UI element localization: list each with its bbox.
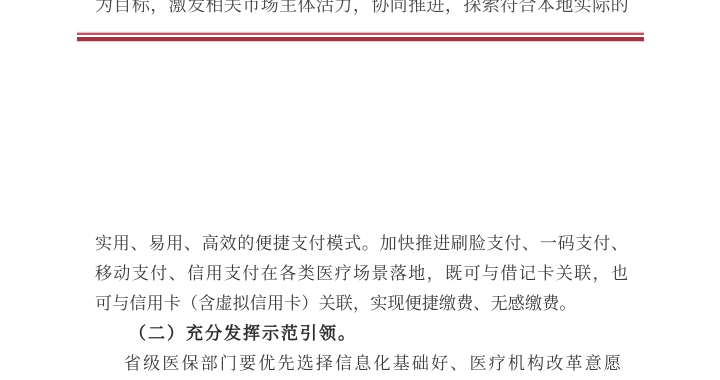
document-page: 为目标，激发相关市场主体活力，协同推进，探索符合本地实际的 实用、易用、高效的便… [0,0,720,380]
body-line: 可与信用卡（含虚拟信用卡）关联，实现便捷缴费、无感缴费。 [95,289,628,319]
body-line: 实用、易用、高效的便捷支付模式。加快推进刷脸支付、一码支付、 [95,229,628,259]
body-line: 移动支付、信用支付在各类医疗场景落地，既可与借记卡关联，也 [95,259,628,289]
red-rule-bottom [77,37,644,41]
body-line: 省级医保部门要优先选择信息化基础好、医疗机构改革意愿 [95,349,628,379]
section-heading: （二）充分发挥示范引领。 [95,319,628,349]
header-partial-text: 为目标，激发相关市场主体活力，协同推进，探索符合本地实际的 [95,0,629,16]
document-body: 实用、易用、高效的便捷支付模式。加快推进刷脸支付、一码支付、 移动支付、信用支付… [95,229,628,379]
red-double-rule [77,33,644,41]
